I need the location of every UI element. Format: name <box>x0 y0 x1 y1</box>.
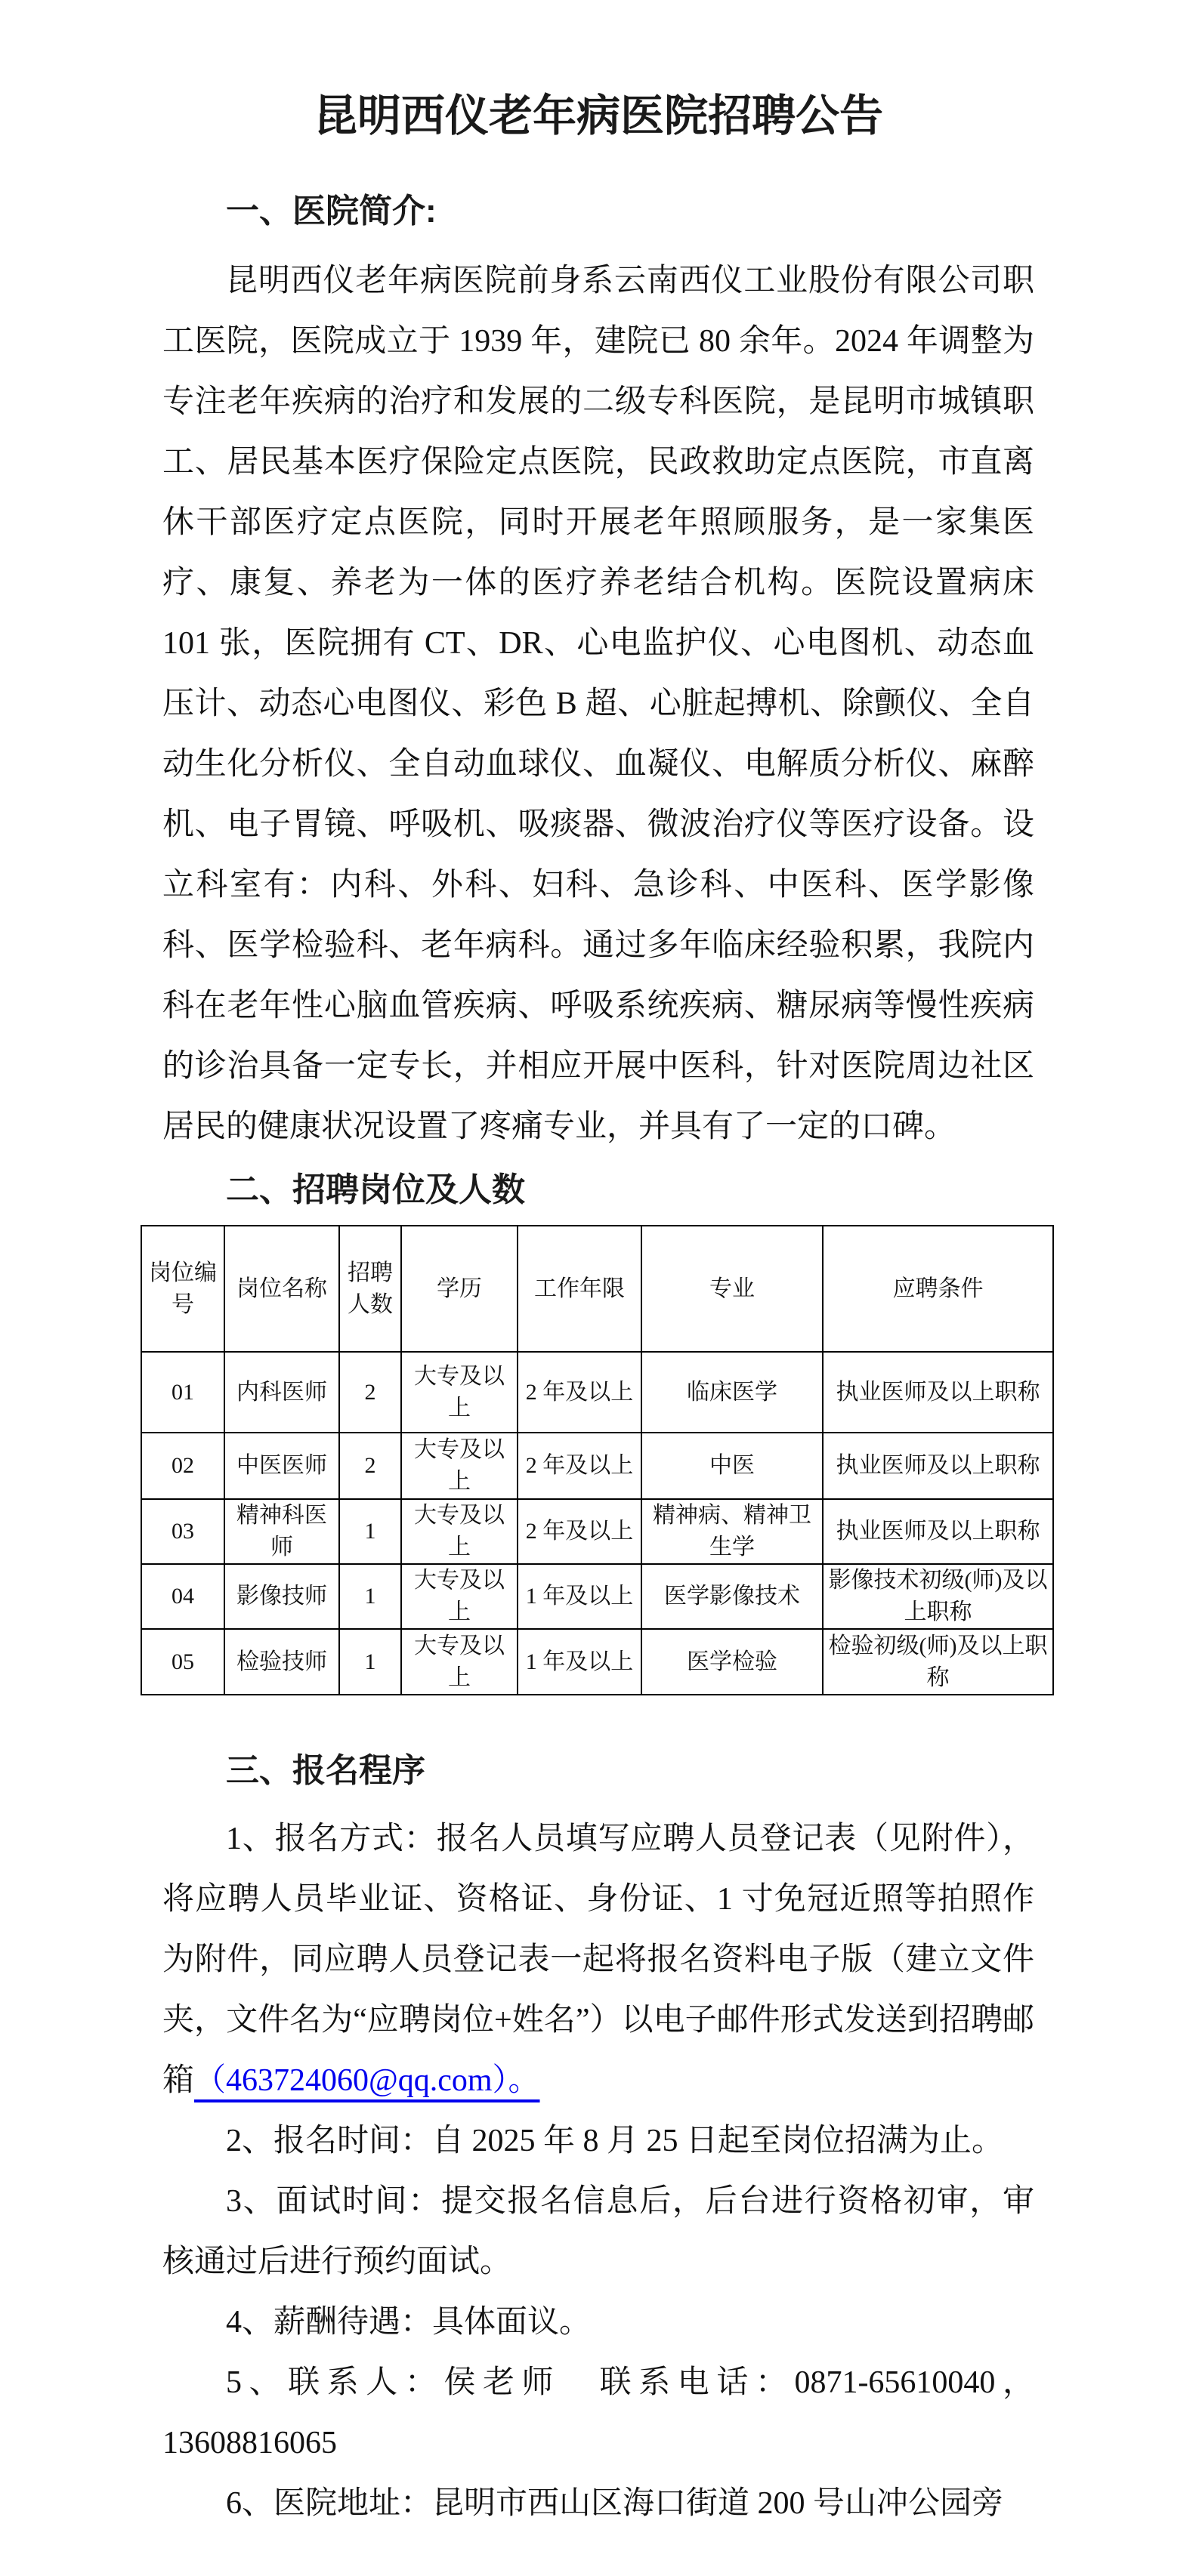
table-row: 01 内科医师 2 大专及以上 2 年及以上 临床医学 执业医师及以上职称 <box>141 1352 1053 1433</box>
table-cell: 中医 <box>641 1433 823 1499</box>
positions-table: 岗位编号 岗位名称 招聘人数 学历 工作年限 专业 应聘条件 01 内科医师 2… <box>141 1225 1054 1695</box>
table-header-cell: 应聘条件 <box>823 1226 1053 1352</box>
section-heading-positions: 二、招聘岗位及人数 <box>226 1169 1034 1211</box>
table-cell: 临床医学 <box>641 1352 823 1433</box>
address-paragraph: 6、医院地址：昆明市西山区海口街道 200 号山冲公园旁 <box>162 2473 1034 2534</box>
section-heading-application-procedure: 三、报名程序 <box>226 1750 1034 1792</box>
table-cell: 影像技师 <box>224 1564 339 1629</box>
page: { "page": { "background_color": "#ffffff… <box>0 0 1199 2576</box>
table-header-cell: 招聘人数 <box>339 1226 401 1352</box>
page-title: 昆明西仪老年病医院招聘公告 <box>162 89 1034 143</box>
table-cell: 04 <box>141 1564 224 1629</box>
table-cell: 医学检验 <box>641 1629 823 1695</box>
registration-time-paragraph: 2、报名时间：自 2025 年 8 月 25 日起至岗位招满为止。 <box>162 2111 1034 2171</box>
table-cell: 内科医师 <box>224 1352 339 1433</box>
table-cell: 2 年及以上 <box>518 1499 641 1564</box>
table-cell: 大专及以上 <box>401 1352 518 1433</box>
table-cell: 1 年及以上 <box>518 1564 641 1629</box>
email-link[interactable]: （463724060@qq.com）。 <box>194 2063 540 2098</box>
section-heading-hospital-intro: 一、医院简介: <box>226 190 1034 233</box>
table-cell: 2 年及以上 <box>518 1433 641 1499</box>
table-cell: 大专及以上 <box>401 1564 518 1629</box>
hospital-intro-paragraph: 昆明西仪老年病医院前身系云南西仪工业股份有限公司职工医院，医院成立于 1939 … <box>162 251 1034 1157</box>
table-cell: 大专及以上 <box>401 1433 518 1499</box>
table-cell: 2 年及以上 <box>518 1352 641 1433</box>
salary-paragraph: 4、薪酬待遇：具体面议。 <box>162 2292 1034 2352</box>
table-cell: 03 <box>141 1499 224 1564</box>
application-method-paragraph: 1、报名方式：报名人员填写应聘人员登记表（见附件），将应聘人员毕业证、资格证、身… <box>162 1809 1034 2111</box>
table-header-cell: 岗位名称 <box>224 1226 339 1352</box>
table-cell: 1 <box>339 1499 401 1564</box>
table-cell: 检验技师 <box>224 1629 339 1695</box>
table-cell: 影像技术初级(师)及以上职称 <box>823 1564 1053 1629</box>
table-header-row: 岗位编号 岗位名称 招聘人数 学历 工作年限 专业 应聘条件 <box>141 1226 1053 1352</box>
table-cell: 1 <box>339 1564 401 1629</box>
table-row: 03 精神科医师 1 大专及以上 2 年及以上 精神病、精神卫生学 执业医师及以… <box>141 1499 1053 1564</box>
table-cell: 医学影像技术 <box>641 1564 823 1629</box>
table-cell: 1 年及以上 <box>518 1629 641 1695</box>
contact-paragraph: 5、联系人：侯老师 联系电话：0871-65610040，13608816065 <box>162 2352 1034 2473</box>
table-cell: 执业医师及以上职称 <box>823 1499 1053 1564</box>
table-cell: 精神科医师 <box>224 1499 339 1564</box>
table-row: 05 检验技师 1 大专及以上 1 年及以上 医学检验 检验初级(师)及以上职称 <box>141 1629 1053 1695</box>
table-header-cell: 学历 <box>401 1226 518 1352</box>
table-cell: 1 <box>339 1629 401 1695</box>
table-cell: 大专及以上 <box>401 1499 518 1564</box>
table-cell: 执业医师及以上职称 <box>823 1352 1053 1433</box>
table-cell: 2 <box>339 1433 401 1499</box>
table-cell: 精神病、精神卫生学 <box>641 1499 823 1564</box>
table-header-cell: 工作年限 <box>518 1226 641 1352</box>
interview-time-paragraph: 3、面试时间：提交报名信息后，后台进行资格初审，审核通过后进行预约面试。 <box>162 2171 1034 2292</box>
table-row: 04 影像技师 1 大专及以上 1 年及以上 医学影像技术 影像技术初级(师)及… <box>141 1564 1053 1629</box>
table-cell: 01 <box>141 1352 224 1433</box>
table-cell: 执业医师及以上职称 <box>823 1433 1053 1499</box>
table-header-cell: 岗位编号 <box>141 1226 224 1352</box>
application-method-text: 1、报名方式：报名人员填写应聘人员登记表（见附件），将应聘人员毕业证、资格证、身… <box>162 1822 1034 2098</box>
table-cell: 02 <box>141 1433 224 1499</box>
table-cell: 05 <box>141 1629 224 1695</box>
table-cell: 中医医师 <box>224 1433 339 1499</box>
table-cell: 2 <box>339 1352 401 1433</box>
table-cell: 检验初级(师)及以上职称 <box>823 1629 1053 1695</box>
table-header-cell: 专业 <box>641 1226 823 1352</box>
table-cell: 大专及以上 <box>401 1629 518 1695</box>
table-row: 02 中医医师 2 大专及以上 2 年及以上 中医 执业医师及以上职称 <box>141 1433 1053 1499</box>
